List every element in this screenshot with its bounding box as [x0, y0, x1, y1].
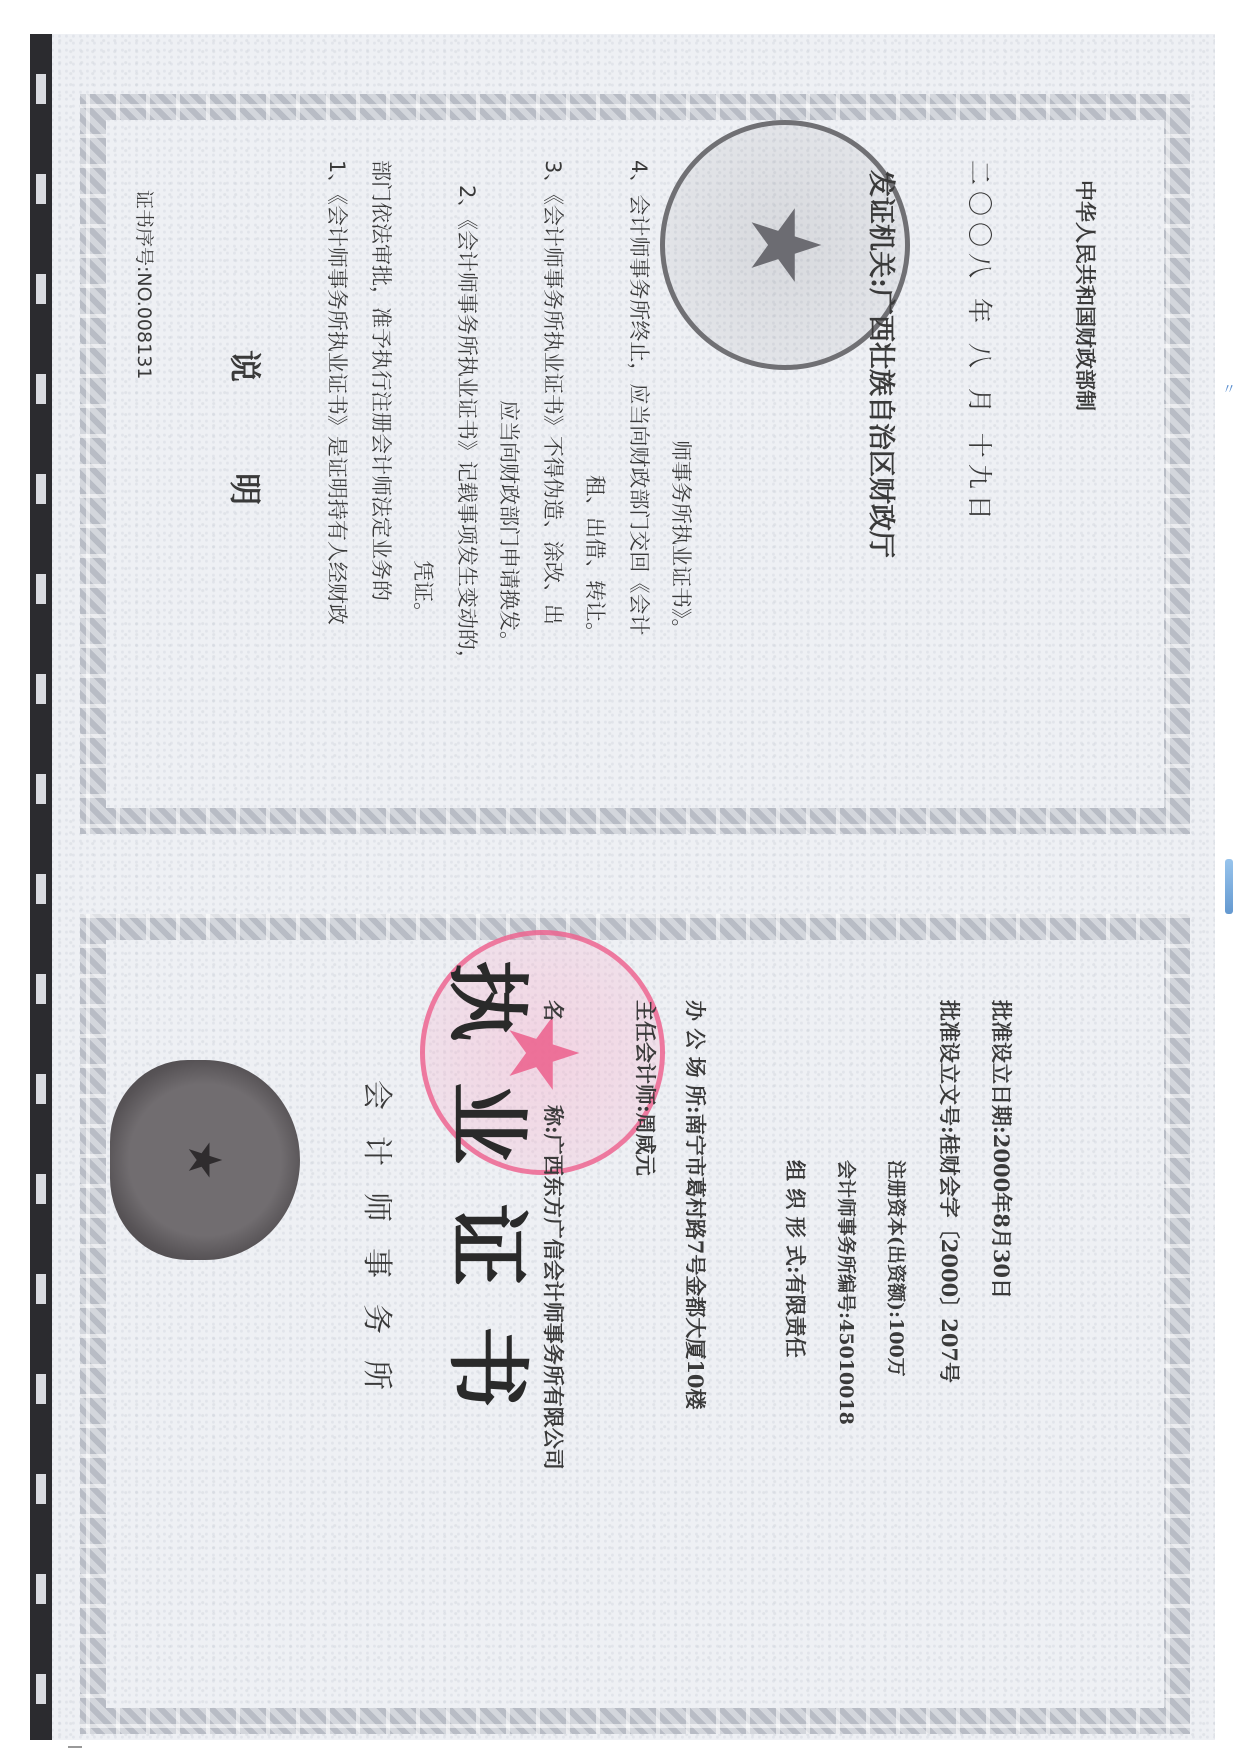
field-firm-number-value: 45010018	[835, 1319, 857, 1425]
binding-hole	[36, 1574, 46, 1604]
field-name-value: 广西东方广信会计师事务所有限公司	[541, 1134, 566, 1470]
field-firm-number-label: 会计师事务所编号	[835, 1160, 857, 1312]
binding-hole	[36, 474, 46, 504]
notes-title: 说 明	[224, 350, 270, 545]
issue-date: 二〇〇八 年 八 月 十九日	[963, 160, 999, 526]
certificate-serial: 证书序号:NO.008131	[132, 190, 159, 379]
star-icon: ★	[729, 202, 841, 288]
note-line-4: 2、《会计师事务所执业证书》记载事项发生变动的，	[453, 185, 483, 671]
scan-edge	[30, 34, 52, 1740]
binding-hole	[36, 1674, 46, 1704]
field-name: 名 称:广西东方广信会计师事务所有限公司	[539, 1000, 569, 1470]
note-line-7: 租、出借、转让。	[581, 475, 611, 643]
field-organization-form-label: 组 织 形 式	[783, 1160, 808, 1266]
binding-hole	[36, 974, 46, 1004]
issuer: 发证机关:广西壮族自治区财政厅	[864, 170, 903, 558]
binding-hole	[36, 1074, 46, 1104]
star-icon: ★	[178, 1139, 232, 1180]
field-registered-capital-label: 注册资本(出资额)	[885, 1160, 907, 1311]
field-approval-date-value: 2000年8月30日	[989, 1134, 1014, 1299]
scan-artifact: 〃	[1222, 379, 1232, 393]
field-approval-document: 批准设立文号:桂财会字〔2000〕207号	[935, 1000, 965, 1383]
binding-hole	[36, 74, 46, 104]
field-registered-capital: 注册资本(出资额):100万	[884, 1160, 911, 1377]
license-title: 执业证书	[435, 960, 552, 1448]
field-approval-document-label: 批准设立文号	[937, 1000, 962, 1126]
note-line-6: 3、《会计师事务所执业证书》不得伪造、涂改、出	[539, 160, 569, 625]
binding-hole	[36, 774, 46, 804]
field-office-address-label: 办 公 场 所	[683, 1000, 708, 1106]
binding-hole	[36, 274, 46, 304]
note-line-3: 凭证。	[409, 560, 439, 623]
certificate-maker: 中华人民共和国财政部制	[1071, 180, 1101, 411]
note-line-1: 1、《会计师事务所执业证书》是证明持有人经财政	[323, 160, 353, 625]
binding-hole	[36, 1374, 46, 1404]
field-approval-document-value: 桂财会字〔2000〕207号	[937, 1134, 962, 1383]
note-line-9: 师事务所执业证书》。	[667, 440, 697, 640]
scan-artifact	[1225, 859, 1233, 914]
field-approval-date: 批准设立日期:2000年8月30日	[987, 1000, 1017, 1299]
field-organization-form: 组 织 形 式:有限责任	[781, 1160, 811, 1358]
field-organization-form-value: 有限责任	[783, 1274, 808, 1358]
national-emblem: ★	[110, 1060, 300, 1260]
field-chief-accountant-value: 周咸元	[633, 1113, 658, 1176]
field-name-label: 名 称	[541, 1000, 566, 1126]
scan-mark	[68, 1746, 82, 1748]
license-subtitle: 会计师事务所	[358, 1080, 402, 1416]
field-office-address: 办 公 场 所:南宁市葛村路7号金都大厦10楼	[681, 1000, 711, 1410]
binding-hole	[36, 1474, 46, 1504]
field-chief-accountant-label: 主任会计师	[633, 1000, 658, 1105]
binding-hole	[36, 374, 46, 404]
binding-hole	[36, 874, 46, 904]
binding-hole	[36, 1274, 46, 1304]
note-line-5: 应当向财政部门申请换发。	[495, 400, 525, 652]
binding-hole	[36, 174, 46, 204]
field-chief-accountant: 主任会计师:周咸元	[631, 1000, 661, 1176]
field-registered-capital-value: 100万	[885, 1318, 907, 1377]
scanned-document: 证书序号:NO.008131 说 明 1、《会计师事务所执业证书》是证明持有人经…	[30, 34, 1215, 1740]
binding-hole	[36, 574, 46, 604]
binding-hole	[36, 674, 46, 704]
binding-hole	[36, 1174, 46, 1204]
field-approval-date-label: 批准设立日期	[989, 1000, 1014, 1126]
note-line-8: 4、会计师事务所终止，应当向财政部门交回《会计	[625, 160, 655, 635]
field-office-address-value: 南宁市葛村路7号金都大厦10楼	[683, 1114, 708, 1410]
field-firm-number: 会计师事务所编号:45010018	[834, 1160, 861, 1425]
note-line-2: 部门依法审批，准予执行注册会计师法定业务的	[367, 160, 397, 601]
